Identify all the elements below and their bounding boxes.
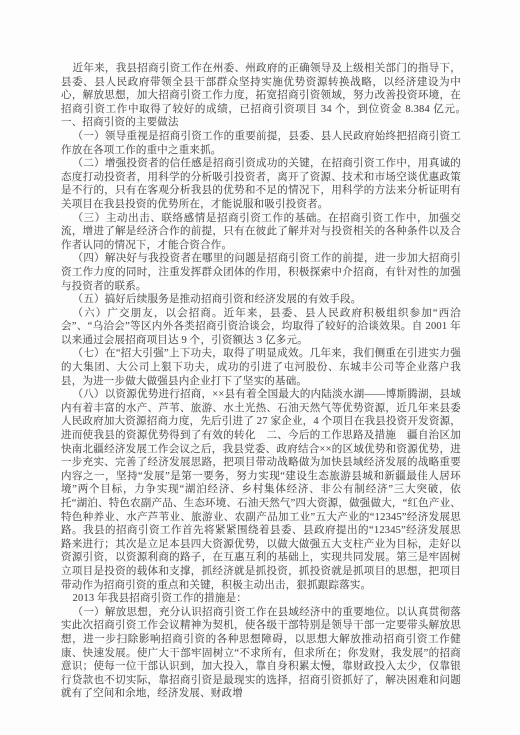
paragraph-method-3: （三）主动出击、联络感情是招商引资工作的基础。在招商引资工作中，加强交流，增进了… (61, 212, 461, 253)
paragraph-method-6: （六）广交朋友，以会招商。近年来，县委、县人民政府积极组织参加“西洽会”、“乌洽… (61, 307, 461, 348)
paragraph-method-1: （一）领导重视是招商引资工作的重要前提，县委、县人民政府始终把招商引资工作放在各… (61, 130, 461, 157)
paragraph-method-5: （五）搞好后续服务是推动招商引资和经济发展的有效手段。 (61, 293, 461, 307)
paragraph-2013-measures-lead: 2013 年我县招商引资工作的措施是： (61, 592, 461, 606)
paragraph-method-8-and-plan: （八）以资源优势进行招商，××县有着全国最大的内陆淡水湖——博斯腾湖，县域内有着… (61, 388, 461, 592)
document-page: 近年来，我县招商引资工作在州委、州政府的正确领导及上级相关部门的指导下，县委、县… (61, 62, 461, 701)
paragraph-method-7: （七）在“招大引强”上下功夫，取得了明显成效。几年来，我们侧重在引进实力强的大集… (61, 347, 461, 388)
paragraph-measure-1: （一）解放思想，充分认识招商引资工作在县域经济中的重要地位。以认真贯彻落实此次招… (61, 606, 461, 701)
paragraph-method-4: （四）解决好与我投资者在哪里的问题是招商引资工作的前提，进一步加大招商引资工作力… (61, 252, 461, 293)
paragraph-method-2: （二）增强投资者的信任感是招商引资成功的关键，在招商引资工作中，用真诚的态度打动… (61, 157, 461, 211)
paragraph-intro: 近年来，我县招商引资工作在州委、州政府的正确领导及上级相关部门的指导下，县委、县… (61, 62, 461, 130)
